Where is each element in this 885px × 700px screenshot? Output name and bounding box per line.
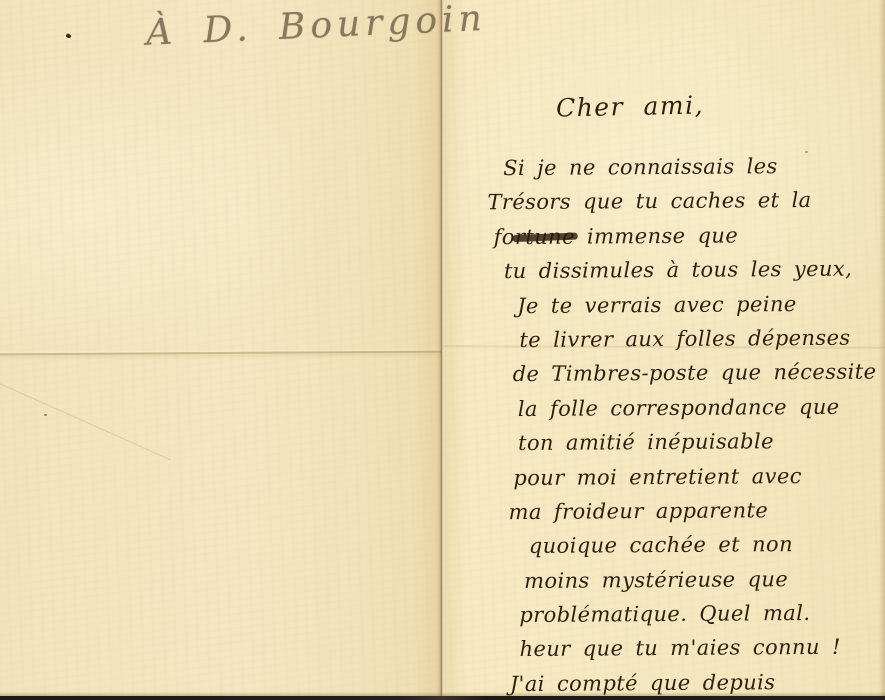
scan-bottom-edge <box>0 696 885 700</box>
letter-salutation: Cher ami, <box>556 90 705 122</box>
page-left-blank <box>0 0 441 697</box>
letter-line: Trésors que tu caches et la <box>487 183 883 220</box>
scratched-out-word: rtune <box>515 219 575 254</box>
letter-line: de Timbres-poste que nécessite <box>513 355 885 392</box>
letter-line: heur que tu m'aies connu ! <box>519 630 885 667</box>
letter-line: Je te verrais avec peine <box>517 286 884 323</box>
letter-line: tu dissimules à tous les yeux, <box>504 252 884 289</box>
letter-scan: À D. Bourgoin Cher ami, Si je ne connais… <box>0 0 885 700</box>
scratched-line-post: immense que <box>587 223 738 248</box>
letter-line: quoique cachée et non <box>529 527 885 564</box>
letter-line: moins mystérieuse que <box>524 561 885 598</box>
letter-line-with-scratch: fortune immense que <box>494 217 884 254</box>
letter-line: te livrer aux folles dépenses <box>519 320 884 357</box>
letter-line: problématique. Quel mal. <box>519 596 885 633</box>
letter-body-text: Si je ne connaissais les Trésors que tu … <box>439 148 885 700</box>
letter-line: pour moi entretient avec <box>513 458 885 495</box>
letter-line: ton amitié inépuisable <box>518 424 885 461</box>
letter-line: ma froideur apparente <box>508 492 885 529</box>
letter-line: la folle correspondance que <box>518 389 885 426</box>
letter-line: Si je ne connaissais les <box>503 148 883 185</box>
